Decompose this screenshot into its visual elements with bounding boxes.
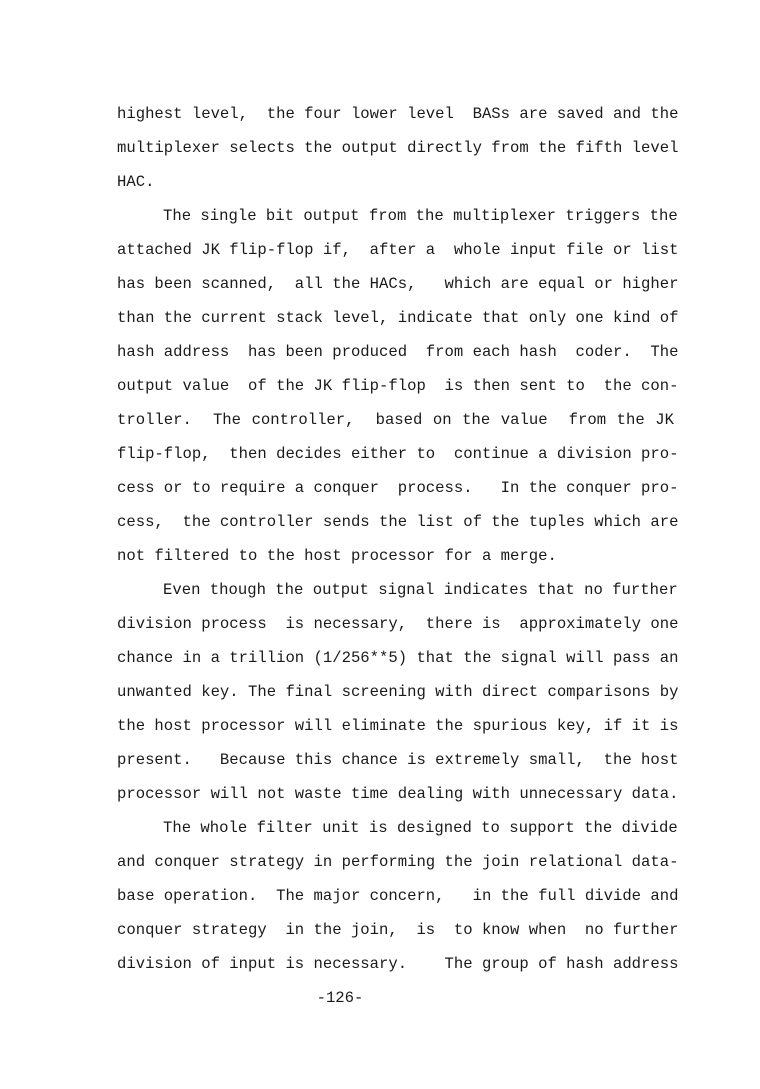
text-line: base operation. The major concern, in th… bbox=[117, 886, 674, 906]
text-line: and conquer strategy in performing the j… bbox=[117, 852, 674, 872]
document-page: highest level, the four lower level BASs… bbox=[0, 0, 760, 1089]
text-line: division of input is necessary. The grou… bbox=[117, 954, 674, 974]
text-line: troller. The controller, based on the va… bbox=[117, 410, 674, 430]
text-line: Even though the output signal indicates … bbox=[163, 580, 674, 600]
text-line: cess, the controller sends the list of t… bbox=[117, 512, 674, 532]
text-line: The whole filter unit is designed to sup… bbox=[163, 818, 674, 838]
text-line: The single bit output from the multiplex… bbox=[163, 206, 674, 226]
page-number: -126- bbox=[0, 988, 680, 1008]
text-line: cess or to require a conquer process. In… bbox=[117, 478, 674, 498]
text-line: hash address has been produced from each… bbox=[117, 342, 674, 362]
text-line: flip-flop, then decides either to contin… bbox=[117, 444, 674, 464]
text-line: attached JK flip-flop if, after a whole … bbox=[117, 240, 674, 260]
text-line: chance in a trillion (1/256**5) that the… bbox=[117, 648, 674, 668]
text-line: processor will not waste time dealing wi… bbox=[117, 784, 674, 804]
text-line: HAC. bbox=[117, 172, 674, 192]
text-line: output value of the JK flip-flop is then… bbox=[117, 376, 674, 396]
text-line: conquer strategy in the join, is to know… bbox=[117, 920, 674, 940]
text-line: present. Because this chance is extremel… bbox=[117, 750, 674, 770]
text-line: the host processor will eliminate the sp… bbox=[117, 716, 674, 736]
text-line: division process is necessary, there is … bbox=[117, 614, 674, 634]
text-line: not filtered to the host processor for a… bbox=[117, 546, 674, 566]
text-line: unwanted key. The final screening with d… bbox=[117, 682, 674, 702]
text-line: than the current stack level, indicate t… bbox=[117, 308, 674, 328]
text-line: highest level, the four lower level BASs… bbox=[117, 104, 674, 124]
text-line: multiplexer selects the output directly … bbox=[117, 138, 674, 158]
text-line: has been scanned, all the HACs, which ar… bbox=[117, 274, 674, 294]
